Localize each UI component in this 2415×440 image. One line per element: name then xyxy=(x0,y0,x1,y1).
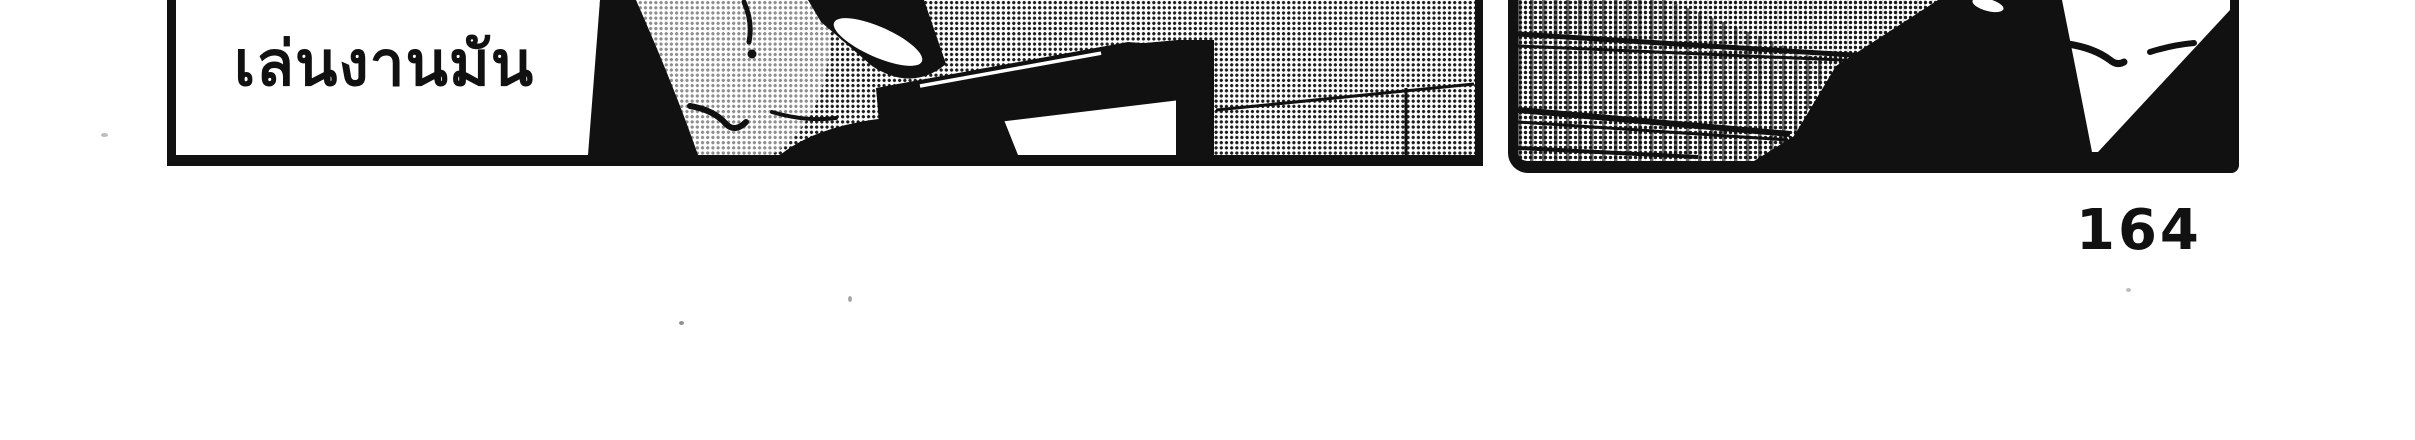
paper-speck xyxy=(848,296,852,302)
monitor-stand-bar xyxy=(1178,40,1214,155)
speech-balloon-text: เล่นงานมัน xyxy=(182,0,586,128)
panel-left: เล่นงานมัน xyxy=(167,0,1483,166)
paper-speck xyxy=(2126,288,2131,292)
page-number: 164 xyxy=(2076,203,2202,259)
paper-speck xyxy=(101,133,108,137)
panel-right xyxy=(1508,0,2239,173)
blind-band-3 xyxy=(1518,148,1698,157)
nostril-dot xyxy=(748,50,757,59)
manga-page-bottom-strip: เล่นงานมัน 164 xyxy=(0,0,2415,440)
panel-right-artwork xyxy=(1518,0,2230,161)
wall-line-diagonal xyxy=(1216,84,1474,110)
paper-speck xyxy=(679,321,684,325)
